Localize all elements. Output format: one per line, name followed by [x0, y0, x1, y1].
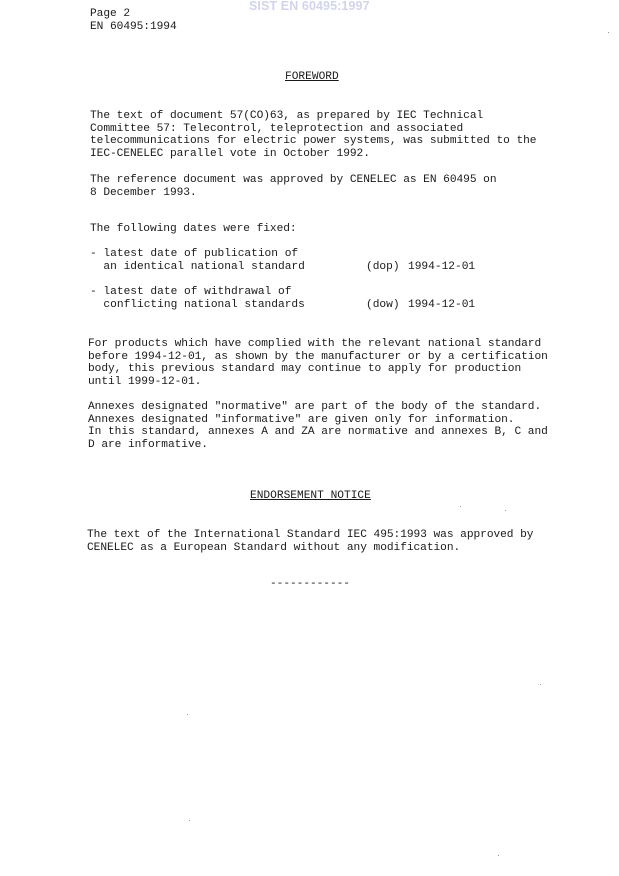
foreword-paragraph-2: The reference document was approved by C… — [90, 174, 496, 199]
endorsement-paragraph: The text of the International Standard I… — [87, 529, 533, 554]
foreword-heading: FOREWORD — [285, 71, 339, 84]
scan-speck — [608, 32, 609, 33]
foreword-paragraph-4: For products which have complied with th… — [88, 338, 548, 388]
date-code: (dow) — [366, 299, 400, 312]
date-code: (dop) — [366, 261, 400, 274]
date-value: 1994-12-01 — [408, 299, 475, 312]
scan-speck — [498, 855, 499, 856]
date-description: - latest date of publication of an ident… — [90, 248, 305, 273]
date-description: - latest date of withdrawal of conflicti… — [90, 286, 305, 311]
foreword-paragraph-1: The text of document 57(CO)63, as prepar… — [90, 110, 536, 160]
endorsement-heading: ENDORSEMENT NOTICE — [250, 490, 371, 503]
document-id: EN 60495:1994 — [90, 21, 177, 33]
date-value: 1994-12-01 — [408, 261, 475, 274]
end-separator: ------------ — [270, 578, 350, 591]
watermark: SIST EN 60495:1997 — [249, 0, 370, 13]
scan-speck — [540, 684, 541, 685]
page-number: Page 2 — [90, 8, 130, 20]
scan-speck — [187, 714, 188, 715]
foreword-paragraph-3: The following dates were fixed: — [90, 223, 297, 236]
scan-speck — [505, 510, 506, 511]
page-header: Page 2 EN 60495:1994 — [90, 8, 177, 33]
scan-speck — [460, 506, 461, 507]
scan-speck — [189, 820, 190, 821]
foreword-paragraph-5: Annexes designated "normative" are part … — [88, 401, 548, 451]
